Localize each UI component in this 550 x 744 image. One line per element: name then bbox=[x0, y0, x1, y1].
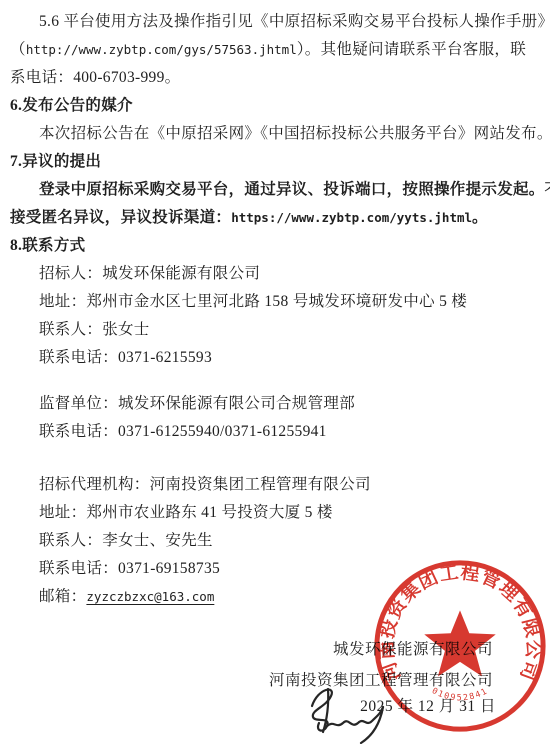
tenderer-address: 地址：郑州市金水区七里河北路 158 号城发环境研发中心 5 楼 bbox=[10, 288, 542, 316]
clause-5-6-line-3: 系电话：400-6703-999。 bbox=[10, 64, 542, 92]
section-7-line-2: 接受匿名异议，异议投诉渠道：https://www.zybtp.com/yyts… bbox=[10, 204, 542, 232]
clause-5-6-line-2: （http://www.zybtp.com/gys/57563.jhtml）。其… bbox=[10, 36, 542, 64]
agency-address: 地址：郑州市农业路东 41 号投资大厦 5 楼 bbox=[10, 499, 542, 527]
platform-manual-url: http://www.zybtp.com/gys/57563.jhtml bbox=[26, 42, 297, 57]
tenderer-contact-person: 联系人：张女士 bbox=[10, 316, 542, 344]
section-6-body: 本次招标公告在《中原招采网》《中国招标投标公共服务平台》网站发布。 bbox=[10, 120, 542, 148]
agency-contact-person: 联系人：李女士、安先生 bbox=[10, 527, 542, 555]
stamp-star-icon bbox=[424, 610, 495, 676]
objection-channel-label: 接受匿名异议，异议投诉渠道： bbox=[10, 209, 231, 226]
announcement-document: 5.6 平台使用方法及操作指引见《中原招标采购交易平台投标人操作手册》 （htt… bbox=[0, 0, 550, 611]
agency-name: 招标代理机构：河南投资集团工程管理有限公司 bbox=[10, 471, 542, 499]
section-7-line-1: 登录中原招标采购交易平台，通过异议、投诉端口，按照操作提示发起。不 bbox=[10, 176, 542, 204]
tenderer-name: 招标人：城发环保能源有限公司 bbox=[10, 260, 542, 288]
email-label: 邮箱： bbox=[39, 588, 86, 605]
objection-channel-url: https://www.zybtp.com/yyts.jhtml bbox=[231, 210, 472, 225]
section-7-heading: 7.异议的提出 bbox=[10, 148, 542, 176]
supervisor-phone: 联系电话：0371-61255940/0371-61255941 bbox=[10, 418, 542, 446]
section-6-heading: 6.发布公告的媒介 bbox=[10, 92, 542, 120]
agency-email-link[interactable]: zyzczbzxc@163.com bbox=[86, 589, 214, 604]
clause-5-6-line-1: 5.6 平台使用方法及操作指引见《中原招标采购交易平台投标人操作手册》 bbox=[10, 8, 542, 36]
section-8-heading: 8.联系方式 bbox=[10, 232, 542, 260]
tenderer-contact-block: 招标人：城发环保能源有限公司 地址：郑州市金水区七里河北路 158 号城发环境研… bbox=[10, 260, 542, 372]
paren-open: （ bbox=[10, 41, 26, 58]
section-7-line-2-end: 。 bbox=[472, 209, 488, 226]
clause-5-6-line-2-rest: ）。其他疑问请联系平台客服，联 bbox=[297, 41, 526, 58]
tenderer-phone: 联系电话：0371-6215593 bbox=[10, 344, 542, 372]
supervisor-name: 监督单位：城发环保能源有限公司合规管理部 bbox=[10, 390, 542, 418]
supervisor-contact-block: 监督单位：城发环保能源有限公司合规管理部 联系电话：0371-61255940/… bbox=[10, 390, 542, 446]
red-seal-stamp: 河南投资集团工程管理有限公司 4101095284130 bbox=[366, 552, 550, 740]
